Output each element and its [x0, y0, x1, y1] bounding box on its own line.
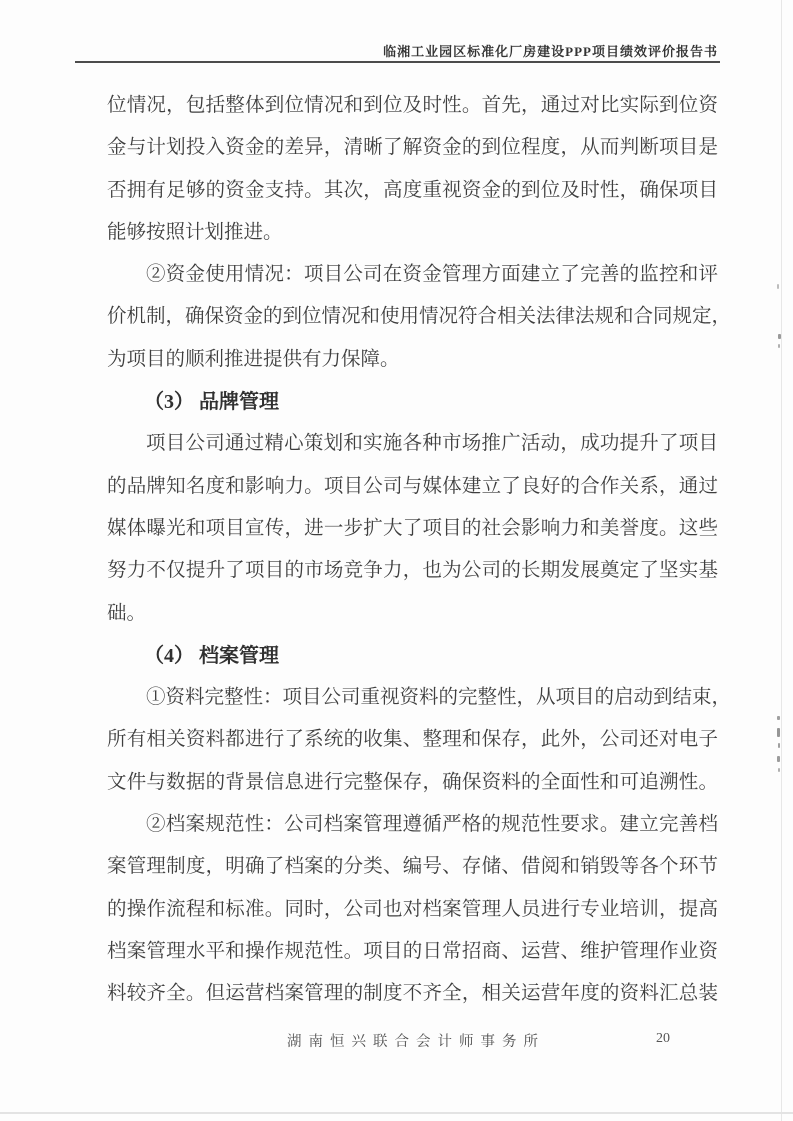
- body-line: 努力不仅提升了项目的市场竞争力，也为公司的长期发展奠定了坚实基: [107, 550, 718, 592]
- body-line: 位情况，包括整体到位情况和到位及时性。首先，通过对比实际到位资: [107, 85, 718, 127]
- body-line: 的品牌知名度和影响力。项目公司与媒体建立了良好的合作关系，通过: [107, 466, 718, 508]
- document-page: 临湘工业园区标准化厂房建设PPP项目绩效评价报告书 位情况，包括整体到位情况和到…: [0, 0, 793, 1121]
- section-heading: （3） 品牌管理: [107, 381, 718, 423]
- body-line: 项目公司通过精心策划和实施各种市场推广活动，成功提升了项目: [107, 423, 718, 465]
- body-line: 案管理制度，明确了档案的分类、编号、存储、借阅和销毁等各个环节: [107, 846, 718, 888]
- scan-artifact: [777, 728, 780, 737]
- scan-edge-line: [781, 0, 782, 1121]
- body-line: ②资金使用情况：项目公司在资金管理方面建立了完善的监控和评: [107, 254, 718, 296]
- body-line: 文件与数据的背景信息进行完整保存，确保资料的全面性和可追溯性。: [107, 762, 718, 804]
- footer-page-number: 20: [656, 1031, 670, 1047]
- body-line: 金与计划投入资金的差异，清晰了解资金的到位程度，从而判断项目是: [107, 127, 718, 169]
- header-rule: [75, 61, 720, 63]
- body-line: ①资料完整性：项目公司重视资料的完整性，从项目的启动到结束，: [107, 677, 718, 719]
- footer-company-name: 湖南恒兴联合会计师事务所: [107, 1030, 718, 1051]
- scan-artifact: [777, 756, 780, 762]
- page-header-title: 临湘工业园区标准化厂房建设PPP项目绩效评价报告书: [383, 41, 718, 60]
- scan-artifact: [778, 743, 780, 748]
- scan-artifact: [777, 284, 779, 289]
- body-line: 档案管理水平和操作规范性。项目的日常招商、运营、维护管理作业资: [107, 931, 718, 973]
- scan-artifact: [778, 768, 780, 772]
- scan-bottom-line: [0, 1112, 793, 1114]
- body-line: 料较齐全。但运营档案管理的制度不齐全，相关运营年度的资料汇总装: [107, 973, 718, 1015]
- body-line: 能够按照计划推进。: [107, 212, 718, 254]
- body-line: 的操作流程和标准。同时，公司也对档案管理人员进行专业培训，提高: [107, 889, 718, 931]
- scan-artifact: [778, 334, 781, 339]
- scan-artifact: [778, 344, 780, 348]
- body-line: 所有相关资料都进行了系统的收集、整理和保存，此外，公司还对电子: [107, 719, 718, 761]
- body-line: 价机制，确保资金的到位情况和使用情况符合相关法律法规和合同规定，: [107, 296, 718, 338]
- body-line: 否拥有足够的资金支持。其次，高度重视资金的到位及时性，确保项目: [107, 170, 718, 212]
- body-line: 为项目的顺利推进提供有力保障。: [107, 339, 718, 381]
- document-body: 位情况，包括整体到位情况和到位及时性。首先，通过对比实际到位资金与计划投入资金的…: [107, 85, 718, 1016]
- body-line: ②档案规范性：公司档案管理遵循严格的规范性要求。建立完善档: [107, 804, 718, 846]
- section-heading: （4） 档案管理: [107, 635, 718, 677]
- scan-artifact: [777, 716, 780, 720]
- body-line: 础。: [107, 593, 718, 635]
- body-line: 媒体曝光和项目宣传，进一步扩大了项目的社会影响力和美誉度。这些: [107, 508, 718, 550]
